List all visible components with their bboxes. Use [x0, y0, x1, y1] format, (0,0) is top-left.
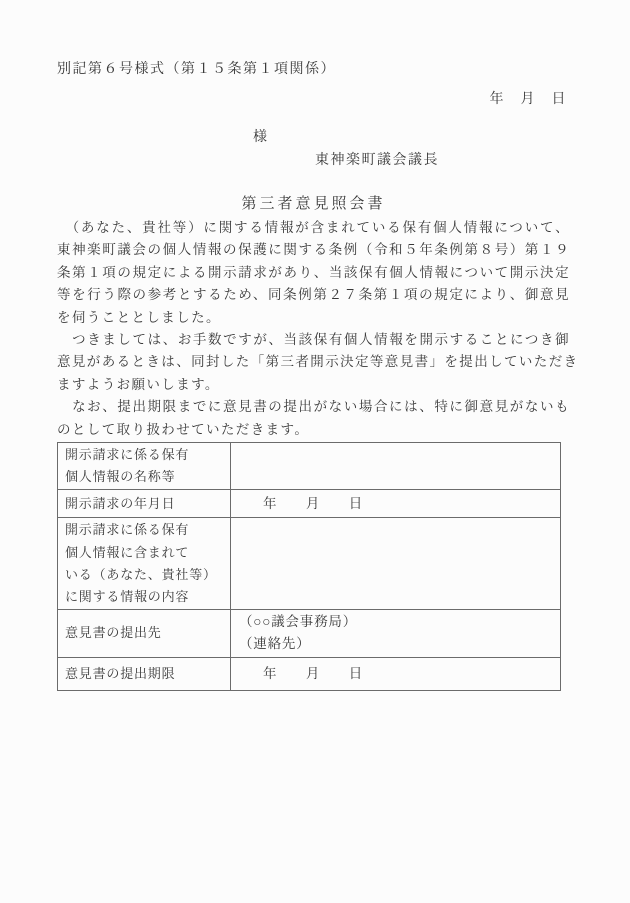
- table-row: 開示請求に係る保有 個人情報に含まれて いる（あなた、貴社等） に関する情報の内…: [58, 518, 561, 610]
- row-label: 開示請求に係る保有 個人情報に含まれて いる（あなた、貴社等） に関する情報の内…: [58, 518, 231, 610]
- sender-title: 東神楽町議会議長: [57, 151, 570, 171]
- addressee-honorific: 様: [253, 130, 269, 145]
- table-row: 開示請求の年月日 年 月 日: [58, 490, 561, 518]
- text-line: を伺うこととしました。: [57, 307, 570, 329]
- text-line: （あなた、貴社等）に関する情報が含まれている保有個人情報について、: [57, 217, 570, 239]
- text-line: ますようお願いします。: [57, 374, 570, 396]
- row-label: 意見書の提出先: [58, 610, 231, 657]
- text-line: なお、提出期限までに意見書の提出がない場合には、特に御意見がないも: [57, 396, 570, 418]
- text-line: のとして取り扱わせていただきます。: [57, 419, 570, 441]
- form-number: 別記第６号様式（第１５条第１項関係）: [57, 60, 570, 80]
- row-value: [231, 518, 561, 610]
- addressee-line: 様: [57, 128, 570, 148]
- paragraph-1: （あなた、貴社等）に関する情報が含まれている保有個人情報について、 東神楽町議会…: [57, 217, 570, 329]
- row-label: 開示請求の年月日: [58, 490, 231, 518]
- text-line: 意見があるときは、同封した「第三者開示決定等意見書」を提出していただき: [57, 351, 570, 373]
- document-title: 第三者意見照会書: [57, 193, 570, 215]
- row-value: [231, 443, 561, 490]
- row-value: 年 月 日: [231, 490, 561, 518]
- text-line: 等を行う際の参考とするため、同条例第２７条第１項の規定により、御意見: [57, 284, 570, 306]
- row-label: 開示請求に係る保有 個人情報の名称等: [58, 443, 231, 490]
- inquiry-details-table: 開示請求に係る保有 個人情報の名称等 開示請求の年月日 年 月 日 開示請求に係…: [57, 442, 561, 691]
- table-row: 意見書の提出期限 年 月 日: [58, 657, 561, 690]
- row-value: （○○議会事務局） （連絡先）: [231, 610, 561, 657]
- issue-date-line: 年 月 日: [57, 90, 570, 110]
- row-value: 年 月 日: [231, 657, 561, 690]
- body-text: （あなた、貴社等）に関する情報が含まれている保有個人情報について、 東神楽町議会…: [57, 217, 570, 441]
- table-row: 開示請求に係る保有 個人情報の名称等: [58, 443, 561, 490]
- paragraph-3: なお、提出期限までに意見書の提出がない場合には、特に御意見がないも のとして取り…: [57, 396, 570, 441]
- document-page: 別記第６号様式（第１５条第１項関係） 年 月 日 様 東神楽町議会議長 第三者意…: [0, 0, 630, 903]
- text-line: 東神楽町議会の個人情報の保護に関する条例（令和５年条例第８号）第１９: [57, 239, 570, 261]
- text-line: 条第１項の規定による開示請求があり、当該保有個人情報について開示決定: [57, 262, 570, 284]
- text-line: つきましては、お手数ですが、当該保有個人情報を開示することにつき御: [57, 329, 570, 351]
- table-row: 意見書の提出先 （○○議会事務局） （連絡先）: [58, 610, 561, 657]
- paragraph-2: つきましては、お手数ですが、当該保有個人情報を開示することにつき御 意見があると…: [57, 329, 570, 396]
- row-label: 意見書の提出期限: [58, 657, 231, 690]
